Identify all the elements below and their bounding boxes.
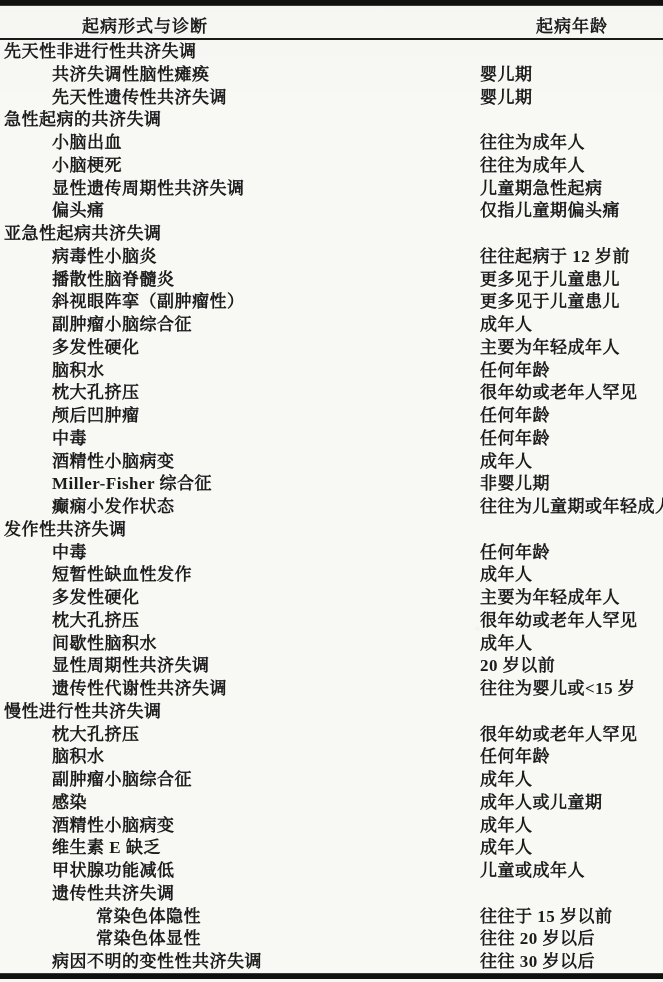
diagnosis-cell: 亚急性起病共济失调 — [0, 223, 480, 246]
diagnosis-cell: 发作性共济失调 — [0, 519, 480, 542]
age-cell: 主要为年轻成年人 — [480, 337, 663, 360]
table-row: 间歇性脑积水 成年人 — [0, 633, 663, 656]
table-row: 酒精性小脑病变 成年人 — [0, 815, 663, 838]
diagnosis-cell: 枕大孔挤压 — [0, 724, 480, 747]
table-row: 先天性非进行性共济失调 — [0, 41, 663, 64]
diagnosis-cell: 枕大孔挤压 — [0, 382, 480, 405]
table-row: 感染 成年人或儿童期 — [0, 792, 663, 815]
diagnosis-cell: 慢性进行性共济失调 — [0, 701, 480, 724]
table-row: 颅后凹肿瘤 任何年龄 — [0, 405, 663, 428]
age-cell: 很年幼或老年人罕见 — [480, 382, 663, 405]
diagnosis-cell: 酒精性小脑病变 — [0, 451, 480, 474]
age-cell: 往往起病于 12 岁前 — [480, 246, 663, 269]
table-row: 癫痫小发作状态 往往为儿童期或年轻成人 — [0, 496, 663, 519]
age-cell — [480, 223, 663, 246]
table-row: 遗传性共济失调 — [0, 883, 663, 906]
table-row: 显性周期性共济失调 20 岁以前 — [0, 655, 663, 678]
age-cell — [480, 883, 663, 906]
diagnosis-cell: 小脑梗死 — [0, 155, 480, 178]
diagnosis-cell: 病毒性小脑炎 — [0, 246, 480, 269]
diagnosis-cell: 间歇性脑积水 — [0, 633, 480, 656]
diagnosis-cell: 播散性脑脊髓炎 — [0, 269, 480, 292]
table-row: 小脑梗死 往往为成年人 — [0, 155, 663, 178]
diagnosis-cell: 脑积水 — [0, 360, 480, 383]
table-row: 发作性共济失调 — [0, 519, 663, 542]
table-row: 中毒 任何年龄 — [0, 542, 663, 565]
table-row: 酒精性小脑病变 成年人 — [0, 451, 663, 474]
table-bottom-rule — [0, 974, 663, 979]
diagnosis-cell: 遗传性共济失调 — [0, 883, 480, 906]
table-row: 脑积水 任何年龄 — [0, 360, 663, 383]
age-cell: 仅指儿童期偏头痛 — [480, 200, 663, 223]
table-row: 偏头痛 仅指儿童期偏头痛 — [0, 200, 663, 223]
table-row: 先天性遗传性共济失调 婴儿期 — [0, 87, 663, 110]
age-cell — [480, 41, 663, 64]
age-cell: 20 岁以前 — [480, 655, 663, 678]
age-cell: 成年人或儿童期 — [480, 792, 663, 815]
diagnosis-cell: 先天性非进行性共济失调 — [0, 41, 480, 64]
table-row: 小脑出血 往往为成年人 — [0, 132, 663, 155]
diagnosis-cell: 小脑出血 — [0, 132, 480, 155]
age-cell: 成年人 — [480, 633, 663, 656]
diagnosis-cell: 偏头痛 — [0, 200, 480, 223]
diagnosis-cell: Miller-Fisher 综合征 — [0, 473, 480, 496]
diagnosis-cell: 多发性硬化 — [0, 587, 480, 610]
column-header-onset-age: 起病年龄 — [536, 12, 608, 37]
age-cell: 很年幼或老年人罕见 — [480, 724, 663, 747]
diagnosis-cell: 副肿瘤小脑综合征 — [0, 314, 480, 337]
age-cell: 成年人 — [480, 769, 663, 792]
diagnosis-cell: 副肿瘤小脑综合征 — [0, 769, 480, 792]
table-row: 中毒 任何年龄 — [0, 428, 663, 451]
diagnosis-cell: 共济失调性脑性瘫痪 — [0, 64, 480, 87]
age-cell: 成年人 — [480, 314, 663, 337]
scanned-table-page: 起病形式与诊断 起病年龄 先天性非进行性共济失调 共济失调性脑性瘫痪 婴儿期 先… — [0, 0, 663, 982]
diagnosis-cell: 短暂性缺血性发作 — [0, 564, 480, 587]
table-row: 常染色体显性 往往 20 岁以后 — [0, 928, 663, 951]
diagnosis-cell: 常染色体隐性 — [0, 906, 480, 929]
diagnosis-cell: 急性起病的共济失调 — [0, 109, 480, 132]
diagnosis-cell: 酒精性小脑病变 — [0, 815, 480, 838]
diagnosis-cell: 显性遗传周期性共济失调 — [0, 178, 480, 201]
age-cell: 更多见于儿童患儿 — [480, 291, 663, 314]
age-cell: 往往 20 岁以后 — [480, 928, 663, 951]
age-cell: 成年人 — [480, 564, 663, 587]
diagnosis-cell: 斜视眼阵挛（副肿瘤性） — [0, 291, 480, 314]
table-row: 脑积水 任何年龄 — [0, 746, 663, 769]
age-cell: 任何年龄 — [480, 360, 663, 383]
table-row: 枕大孔挤压 很年幼或老年人罕见 — [0, 610, 663, 633]
age-cell: 成年人 — [480, 837, 663, 860]
age-cell: 任何年龄 — [480, 746, 663, 769]
age-cell: 任何年龄 — [480, 542, 663, 565]
age-cell: 成年人 — [480, 451, 663, 474]
diagnosis-cell: 中毒 — [0, 428, 480, 451]
table-row: 短暂性缺血性发作 成年人 — [0, 564, 663, 587]
age-cell: 往往为成年人 — [480, 155, 663, 178]
table-row: 病因不明的变性性共济失调 往往 30 岁以后 — [0, 951, 663, 974]
age-cell: 更多见于儿童患儿 — [480, 269, 663, 292]
table-row: 播散性脑脊髓炎 更多见于儿童患儿 — [0, 269, 663, 292]
age-cell — [480, 109, 663, 132]
table-row: 多发性硬化 主要为年轻成年人 — [0, 337, 663, 360]
table-row: 慢性进行性共济失调 — [0, 701, 663, 724]
age-cell: 任何年龄 — [480, 428, 663, 451]
diagnosis-cell: 脑积水 — [0, 746, 480, 769]
diagnosis-cell: 颅后凹肿瘤 — [0, 405, 480, 428]
column-header-onset-form-diagnosis: 起病形式与诊断 — [82, 12, 208, 37]
table-row: 急性起病的共济失调 — [0, 109, 663, 132]
table-row: 枕大孔挤压 很年幼或老年人罕见 — [0, 724, 663, 747]
age-cell: 往往为成年人 — [480, 132, 663, 155]
age-cell: 成年人 — [480, 815, 663, 838]
diagnosis-cell: 多发性硬化 — [0, 337, 480, 360]
diagnosis-cell: 遗传性代谢性共济失调 — [0, 678, 480, 701]
table-header-row: 起病形式与诊断 起病年龄 — [0, 5, 663, 38]
diagnosis-cell: 维生素 E 缺乏 — [0, 837, 480, 860]
age-cell: 往往于 15 岁以前 — [480, 906, 663, 929]
diagnosis-cell: 癫痫小发作状态 — [0, 496, 480, 519]
table-row: 多发性硬化 主要为年轻成年人 — [0, 587, 663, 610]
diagnosis-cell: 枕大孔挤压 — [0, 610, 480, 633]
table-row: 维生素 E 缺乏 成年人 — [0, 837, 663, 860]
table-row: 显性遗传周期性共济失调 儿童期急性起病 — [0, 178, 663, 201]
age-cell: 婴儿期 — [480, 64, 663, 87]
age-cell — [480, 701, 663, 724]
table-row: 副肿瘤小脑综合征 成年人 — [0, 314, 663, 337]
age-cell: 往往为婴儿或<15 岁 — [480, 678, 663, 701]
age-cell: 儿童期急性起病 — [480, 178, 663, 201]
header-divider-rule — [0, 38, 663, 40]
age-cell: 往往 30 岁以后 — [480, 951, 663, 974]
diagnosis-cell: 病因不明的变性性共济失调 — [0, 951, 480, 974]
diagnosis-cell: 先天性遗传性共济失调 — [0, 87, 480, 110]
table-row: 病毒性小脑炎 往往起病于 12 岁前 — [0, 246, 663, 269]
table-row: 副肿瘤小脑综合征 成年人 — [0, 769, 663, 792]
age-cell: 婴儿期 — [480, 87, 663, 110]
diagnosis-cell: 中毒 — [0, 542, 480, 565]
table-row: 亚急性起病共济失调 — [0, 223, 663, 246]
table-body: 先天性非进行性共济失调 共济失调性脑性瘫痪 婴儿期 先天性遗传性共济失调 婴儿期… — [0, 41, 663, 974]
age-cell: 往往为儿童期或年轻成人 — [480, 496, 663, 519]
table-row: 遗传性代谢性共济失调 往往为婴儿或<15 岁 — [0, 678, 663, 701]
age-cell: 儿童或成年人 — [480, 860, 663, 883]
age-cell: 很年幼或老年人罕见 — [480, 610, 663, 633]
age-cell — [480, 519, 663, 542]
diagnosis-cell: 显性周期性共济失调 — [0, 655, 480, 678]
age-cell: 主要为年轻成年人 — [480, 587, 663, 610]
age-cell: 任何年龄 — [480, 405, 663, 428]
table-row: 枕大孔挤压 很年幼或老年人罕见 — [0, 382, 663, 405]
table-row: 常染色体隐性 往往于 15 岁以前 — [0, 906, 663, 929]
table-row: 甲状腺功能减低 儿童或成年人 — [0, 860, 663, 883]
table-row: 共济失调性脑性瘫痪 婴儿期 — [0, 64, 663, 87]
diagnosis-cell: 常染色体显性 — [0, 928, 480, 951]
diagnosis-cell: 感染 — [0, 792, 480, 815]
table-row: 斜视眼阵挛（副肿瘤性） 更多见于儿童患儿 — [0, 291, 663, 314]
diagnosis-cell: 甲状腺功能减低 — [0, 860, 480, 883]
age-cell: 非婴儿期 — [480, 473, 663, 496]
table-row: Miller-Fisher 综合征 非婴儿期 — [0, 473, 663, 496]
